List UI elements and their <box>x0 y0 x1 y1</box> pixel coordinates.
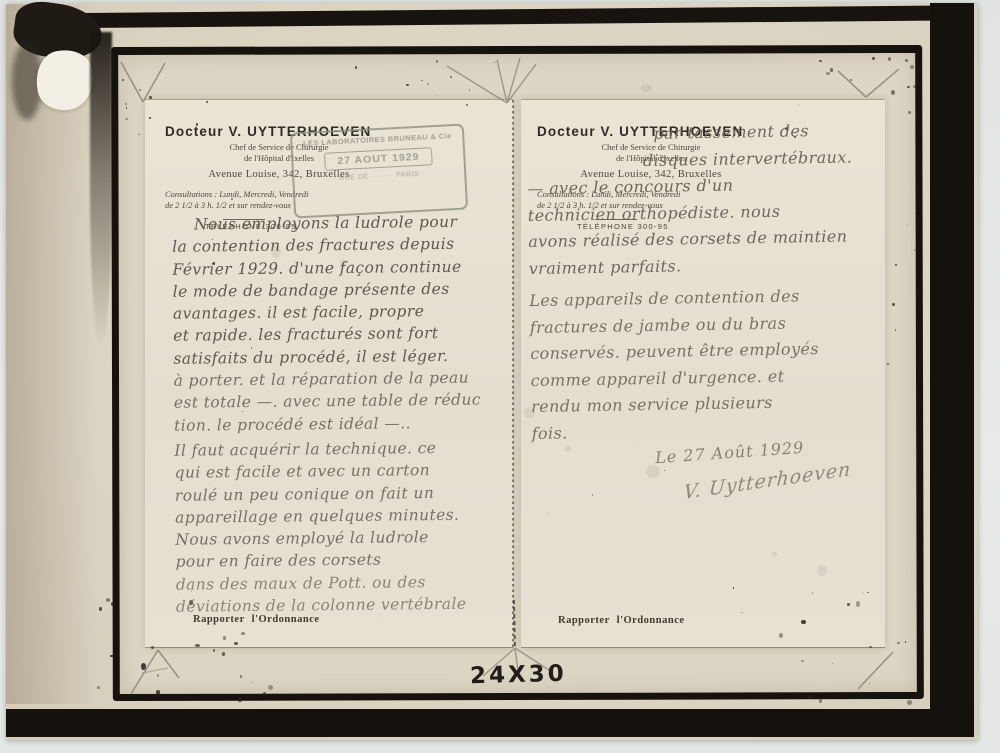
handwriting-line: vraiment parfaits. <box>529 249 883 282</box>
letter-page-left: Docteur V. UYTTERHOEVEN Chef de Service … <box>145 99 513 648</box>
photo-right-black-edge <box>930 3 974 737</box>
left-ink-smear <box>90 32 112 347</box>
photo-size-label: 24X30 <box>470 661 567 690</box>
handwritten-text-right: par tassement desdisques intervertébraux… <box>526 117 886 447</box>
stamp-address-line: · RUE DE ········ PARIS · <box>298 169 460 184</box>
footer-note-right: Rapporter l'Ordonnance <box>558 615 685 626</box>
stamp-date: 27 AOUT 1929 <box>324 147 433 171</box>
footer-note-left: Rapporter l'Ordonnance <box>193 614 320 625</box>
letter-page-right: Docteur V. UYTTERHOEVEN Chef de Service … <box>521 99 885 648</box>
handwriting-line: tion. le procédé est idéal —.. <box>174 411 514 437</box>
photo-bottom-black-edge <box>6 709 974 737</box>
stamp-company-line: LES LABORATOIRES BRUNEAU & Cie <box>296 131 458 148</box>
photograph-scan: Docteur V. UYTTERHOEVEN Chef de Service … <box>0 0 1000 753</box>
laboratory-stamp: LES LABORATOIRES BRUNEAU & Cie 27 AOUT 1… <box>290 124 468 219</box>
handwritten-text-left: Nous employons la ludrole pourla content… <box>172 210 516 618</box>
